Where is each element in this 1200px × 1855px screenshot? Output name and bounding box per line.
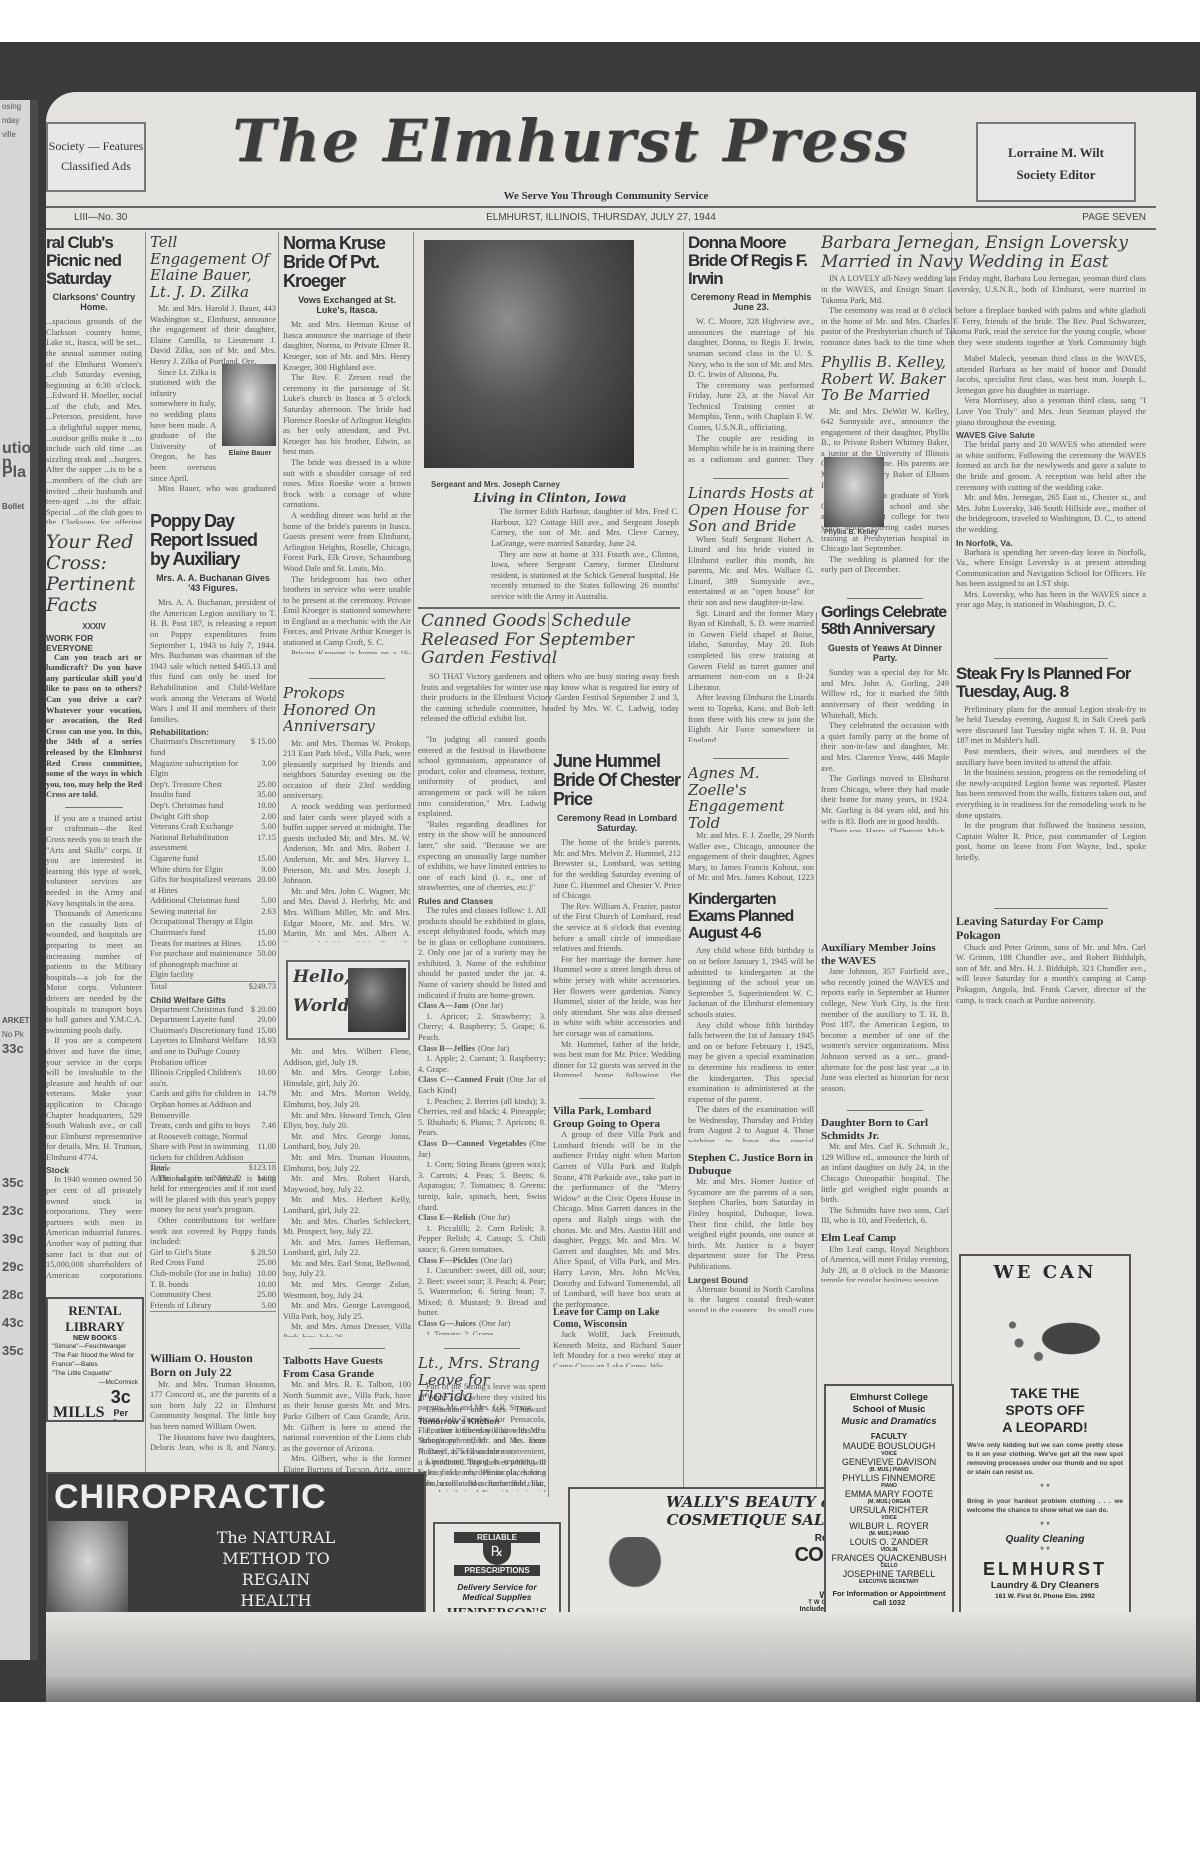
badge-top: RELIABLE <box>454 1532 540 1543</box>
class-items: 1. Tomato; 2. Grape. <box>418 1330 546 1335</box>
rx-icon: ℞ <box>483 1543 511 1565</box>
faculty-name: WILBUR L. ROYER <box>826 1521 952 1531</box>
birth-item: Mr. and Mrs. James Heffernan, Lombard, g… <box>283 1238 411 1259</box>
ledger-item: Department Layette fund <box>150 1015 234 1026</box>
birth-item: Mr. and Mrs. Truman Houston, Elmhurst, b… <box>283 1153 411 1174</box>
article-tomorrows-kitchen: Part of the Strang's leave was spent in … <box>418 1382 546 1492</box>
birth-item: Mr. and Mrs. Robert Harsh, Maywood, boy,… <box>283 1174 411 1195</box>
article-body: Mr. and Mrs. Thomas W. Prokop, 213 East … <box>283 739 411 943</box>
ledger-item: Community Chest <box>150 1290 211 1301</box>
article-camp-como: Leave for Camp on Lake Como, Wisconsin J… <box>553 1307 681 1367</box>
ledger-row: Treats for marines at Hines15.00 <box>150 939 276 950</box>
series-numeral: XXXIV <box>46 622 142 631</box>
headline: Your Red Cross: Pertinent Facts <box>46 532 142 616</box>
ledger-row: Gifts for hospitalized veterans at Hines… <box>150 875 276 896</box>
ledger-amount: 18.93 <box>253 1036 276 1068</box>
masthead-rule <box>46 206 1156 208</box>
ad-sub: NEW BOOKS <box>48 1335 142 1342</box>
article-waves-member: Auxiliary Member Joins the WAVES Jane Jo… <box>821 942 949 1092</box>
rental-period: Per Day <box>105 1408 137 1422</box>
ad-top: WE CAN <box>961 1262 1129 1283</box>
ledger-item: Cards and gifts for children in Orphan h… <box>150 1089 253 1121</box>
article-poppy-continued: Total$123.18 The balance of $92.22 is be… <box>150 1162 276 1312</box>
photo-caption: Elaine Bauer <box>222 450 278 457</box>
divider <box>309 1348 386 1349</box>
ledger-row: Department Christmas fund$ 20.00 <box>150 1005 276 1016</box>
woman-portrait-illustration <box>590 1537 680 1617</box>
ledger-row: Girl to Girl's State$ 28.50 <box>150 1248 276 1259</box>
leopard-cartoon-illustration <box>980 1289 1110 1379</box>
article-body: Barbara is spending her seven-day leave … <box>956 548 1146 612</box>
store-name: MILLS <box>53 1404 105 1422</box>
headline: June Hummel Bride Of Chester Price <box>553 752 681 809</box>
ledger-amount: 35.00 <box>253 790 276 801</box>
ad-headline: TAKE THE SPOTS OFF A LEOPARD! <box>961 1385 1129 1436</box>
article-elm-leaf-camp: Elm Leaf Camp Elm Leaf camp, Royal Neigh… <box>821 1232 949 1282</box>
headline: Canned Goods Schedule Released For Septe… <box>421 612 679 668</box>
ledger-row: National Rehabilitation assessment17.15 <box>150 833 276 854</box>
facing-page-fragment: nday <box>0 114 30 128</box>
birth-item: Mr. and Mrs. George Lobie, Hinsdale, gir… <box>283 1068 411 1089</box>
headline: Steak Fry Is Planned For Tuesday, Aug. 8 <box>956 665 1146 701</box>
birth-item: Mr. and Mrs. Wilbert Flene, Addison, gir… <box>283 1047 411 1068</box>
ledger-row: Chairman's Discretionary fund15.00 <box>150 1026 276 1037</box>
article-kindergarten-exams: Kindergarten Exams Planned August 4-6 An… <box>688 892 814 1142</box>
column-rule <box>548 612 549 1497</box>
subhead: Stock <box>46 1165 142 1175</box>
article-body: Any child whose fifth birthday is on or … <box>688 946 814 1142</box>
column-rule <box>145 232 146 1497</box>
ledger-item: Club-mobile (for use in India) <box>150 1269 251 1280</box>
deck: Clarksons' Country Home. <box>46 292 142 314</box>
birth-item: Mr. and Mrs. George Lavengood, Villa Par… <box>283 1301 411 1322</box>
class-items: 1. Apple; 2. Currant; 3. Raspberry; 4. G… <box>418 1054 546 1075</box>
ledger-amount: 25.00 <box>253 1290 276 1301</box>
column-rule <box>683 232 684 1497</box>
divider <box>713 478 789 479</box>
faculty-name: FRANCES QUACKENBUSH <box>826 1553 952 1563</box>
headline: William O. Houston Born on July 22 <box>150 1352 276 1380</box>
ledger-row: Sewing material for Occupational Therapy… <box>150 907 276 928</box>
headline: Stephen C. Justice Born in Dubuque <box>688 1152 814 1177</box>
divider <box>994 658 1108 659</box>
ledger-row: T. B. bonds10.00 <box>150 1280 276 1291</box>
article-talbotts-guests: Talbotts Have Guests From Casa Grande Mr… <box>283 1342 411 1492</box>
ad-elmhurst-college-music: Elmhurst College School of Music Music a… <box>824 1384 954 1644</box>
column-rule <box>278 232 279 1497</box>
article-body: Mr. and Mrs. Homer Justice of Sycamore a… <box>688 1177 814 1272</box>
article-jernegan-continued: Mabel Maleck, yeoman third class in the … <box>956 354 1146 644</box>
article-body: Preliminary plans for the annual Legion … <box>956 705 1146 864</box>
ledger-total-label: Total <box>150 1163 167 1174</box>
ledger-item: Additional Christmas fund <box>150 896 239 907</box>
article-body: Mrs. A. A. Buchanan, president of the Am… <box>150 598 276 725</box>
ledger-amount: 25.00 <box>253 1258 276 1269</box>
divider <box>65 807 123 808</box>
faculty-role: EXECUTIVE SECRETARY <box>826 1579 952 1585</box>
ear-box-left: Society — Features Classified Ads <box>46 122 146 192</box>
ledger-item: Friends of Library <box>150 1301 211 1312</box>
facing-page-fragment: ARKET <box>0 1014 30 1028</box>
class-items: 1. Cucumber: sweet, dill oil, sour; 2. B… <box>418 1266 546 1319</box>
ledger-item: T. B. bonds <box>150 1280 188 1291</box>
ad-rental-library: RENTAL LIBRARY NEW BOOKS "Simone"—Feucht… <box>46 1297 144 1422</box>
ad-contact-left: Blanche Phone Elmhurst 55 <box>578 1617 650 1637</box>
article-body: ...spacious grounds of the Clarkson coun… <box>46 317 142 524</box>
headline: Barbara Jernegan, Ensign Loversky Marrie… <box>821 234 1146 271</box>
headline: Tell Engagement Of Elaine Bauer, Lt. J. … <box>150 234 276 300</box>
photo-phyllis-kelley <box>824 457 884 527</box>
birth-item: Mr. and Mrs. Herbert Kelly, Lombard, gir… <box>283 1195 411 1216</box>
faculty-name: URSULA RICHTER <box>826 1505 952 1515</box>
birth-item: Mr. and Mrs. Amos Dresser, Villa Park, b… <box>283 1322 411 1337</box>
ledger-item: Cigarette fund <box>150 854 198 865</box>
faculty-name: LOUIS O. ZANDER <box>826 1537 952 1547</box>
store-name: ELMHURST <box>961 1559 1129 1580</box>
ledger-amount: 10.00 <box>253 1269 276 1280</box>
headline: Kindergarten Exams Planned August 4-6 <box>688 892 814 942</box>
class-items: 1. Corn; String Beans (green wax); 3. Ca… <box>418 1160 546 1213</box>
store-small-print: PHONE 818 · J. HENDERSON, R.PH.G. · 131 … <box>435 1628 559 1638</box>
article-jernegan-wedding-head: Barbara Jernegan, Ensign Loversky Marrie… <box>821 234 1146 349</box>
article-canned-goods-body: "In judging all canned goods entered at … <box>418 735 546 1335</box>
ledger-amount: 17.15 <box>253 833 276 854</box>
star-divider: * * <box>961 1482 1129 1492</box>
headline: ral Club's Picnic ned Saturday <box>46 234 142 288</box>
scan-margin-top <box>0 0 1200 42</box>
article-kruse-wedding: Norma Kruse Bride Of Pvt. Kroeger Vows E… <box>283 234 411 654</box>
ledger-row: Friends of Library5.00 <box>150 1301 276 1312</box>
divider <box>309 678 386 679</box>
article-villa-park-opera: Villa Park, Lombard Group Going to Opera… <box>553 1092 681 1312</box>
ledger-amount: 20.00 <box>253 1015 276 1026</box>
ledger-item: Illinois Crippled Children's ass'n. <box>150 1068 253 1089</box>
article-body: Mr. and Mrs. F. J. Zoelle, 29 North Wall… <box>688 831 814 882</box>
headline: Agnes M. Zoelle's Engagement Told <box>688 765 814 831</box>
ledger-total-value: $123.18 <box>249 1163 276 1174</box>
article-moore-wedding: Donna Moore Bride Of Regis F. Irwin Cere… <box>688 234 814 464</box>
ledger-item: For purchase and maintenance of phonogra… <box>150 949 253 981</box>
ledger-row: Illinois Crippled Children's ass'n.10.00 <box>150 1068 276 1089</box>
facing-page-fragment: osing <box>0 100 30 114</box>
ledger-row: Department Layette fund20.00 <box>150 1015 276 1026</box>
article-body: Elm Leaf camp, Royal Neighbors of Americ… <box>821 1245 949 1282</box>
ledger-row: Dep't. Treasure Chest25.00 <box>150 780 276 791</box>
ad-doctor: DR. P. R. CLARK, Chiropractor <box>48 1634 424 1642</box>
ledger-item: Chairman's fund <box>150 928 205 939</box>
badge-bottom: PRESCRIPTIONS <box>454 1565 540 1576</box>
ledger-row: Layettes to Elmhurst Welfare and one to … <box>150 1036 276 1068</box>
ad-title: RENTAL LIBRARY <box>48 1303 142 1335</box>
ledger-row: Chairman's Discretionary fund$ 15.00 <box>150 737 276 758</box>
ledger-amount: 15.00 <box>253 1026 276 1037</box>
ad-elmhurst-cleaners: WE CAN TAKE THE SPOTS OFF A LEOPARD! We'… <box>959 1254 1131 1644</box>
ledger-amount: 3.00 <box>257 759 276 780</box>
ledger-item: Insulin fund <box>150 790 191 801</box>
article-gorlings-anniversary: Gorlings Celebrate 58th Anniversary Gues… <box>821 592 949 832</box>
ledger-row: Red Cross Fund25.00 <box>150 1258 276 1269</box>
ad-body: Bring in your hardest problem clothing .… <box>961 1492 1129 1520</box>
subhead: Tomorrow's Kitchen <box>418 1416 546 1426</box>
nameplate: The Elmhurst Press <box>191 107 951 175</box>
column-rule <box>816 612 817 1497</box>
article-floral-club: ral Club's Picnic ned Saturday Clarksons… <box>46 234 142 524</box>
facing-page-fragment: No Pk <box>0 1028 30 1042</box>
ledger-item: Magazine subscription for Elgin <box>150 759 257 780</box>
article-prokops-anniversary: Prokops Honored On Anniversary Mr. and M… <box>283 672 411 942</box>
ledger-row: Magazine subscription for Elgin3.00 <box>150 759 276 780</box>
ledger-row: White shirts for Elgin9.00 <box>150 865 276 876</box>
birth-item: Mr. and Mrs. Charles Schleckert, Mt. Pro… <box>283 1217 411 1238</box>
article-body: Since Lt. Zilka is stationed with the in… <box>150 368 216 485</box>
article-body: Can you teach art or handicraft? Do you … <box>46 653 142 801</box>
photo-caption: Sergeant and Mrs. Joseph Carney <box>431 480 560 489</box>
facing-page-fragment: 39c <box>0 1232 30 1246</box>
ad-contact-right: Esther 103 East First St. <box>876 1617 940 1637</box>
headline: Norma Kruse Bride Of Pvt. Kroeger <box>283 234 411 291</box>
article-houston-birth: William O. Houston Born on July 22 Mr. a… <box>150 1352 276 1452</box>
ledger-item: Sewing material for Occupational Therapy… <box>150 907 257 928</box>
ledger-item: Dep't. Treasure Chest <box>150 780 222 791</box>
faculty-list: MAUDE BOUSLOUGHVOICEGENEVIEVE DAVISON(B.… <box>826 1441 952 1585</box>
dateline: ELMHURST, ILLINOIS, THURSDAY, JULY 27, 1… <box>46 212 1156 223</box>
article-body: Jane Johnson, 357 Fairfield ave., who re… <box>821 967 949 1092</box>
editor-name: Lorraine M. Wilt <box>978 142 1134 164</box>
facing-page-fragment: 28c <box>0 1288 30 1302</box>
ledger-item: Chairman's Discretionary fund <box>150 1026 253 1037</box>
class-items: 1. Peaches; 2. Berries (all kinds); 3. C… <box>418 1097 546 1139</box>
facing-page-fragment: n Pla <box>0 456 30 480</box>
article-body: Sunday was a special day for Mr. and Mrs… <box>821 668 949 832</box>
dateline-bar: LIII—No. 30 ELMHURST, ILLINOIS, THURSDAY… <box>46 210 1156 226</box>
ad-footer: For Information or Appointment Call 1032 <box>826 1589 952 1607</box>
ad-slogan: The NATURAL METHOD TO REGAIN HEALTH <box>128 1521 424 1621</box>
faculty-name: JOSEPHINE TARBELL <box>826 1569 952 1579</box>
article-carney: Living in Clinton, Iowa The former Edith… <box>421 492 679 602</box>
faculty-name: PHYLLIS FINNEMORE <box>826 1473 952 1483</box>
headline: Talbotts Have Guests From Casa Grande <box>283 1355 411 1380</box>
class-heading: Class A—Jam(One Jar) <box>418 1001 546 1012</box>
ledger-amount: 5.00 <box>257 1301 276 1312</box>
headline: Auxiliary Member Joins the WAVES <box>821 942 949 967</box>
ad-line: Delivery Service for <box>435 1582 559 1592</box>
article-body: Miss Bauer, who was graduated from York … <box>150 484 276 494</box>
star-divider: * * <box>961 1520 1129 1530</box>
article-body: Mr. and Mrs. Carl K. Schmidt Jr., 129 Wi… <box>821 1142 949 1224</box>
headline: Gorlings Celebrate 58th Anniversary <box>821 605 949 639</box>
article-body: When Staff Sergeant Robert A. Linard and… <box>688 535 814 743</box>
ledger-item: Red Cross Fund <box>150 1258 204 1269</box>
facing-page-fragment: 43c <box>0 1316 30 1330</box>
ledger-total-value: $249.73 <box>249 982 276 993</box>
article-body: IN A LOVELY all-Navy wedding last Friday… <box>821 274 1146 349</box>
ledger-item: Gifts for hospitalized veterans at Hines <box>150 875 253 896</box>
subhead: In Norfolk, Va. <box>956 538 1146 548</box>
ledger-row: Chairman's fund15.00 <box>150 928 276 939</box>
store-sub: DRUG STORE <box>445 1622 549 1628</box>
page-number: PAGE SEVEN <box>1082 212 1146 223</box>
ad-quality: Quality Cleaning <box>961 1534 1129 1545</box>
ledger-row: For purchase and maintenance of phonogra… <box>150 949 276 981</box>
article-body: In 1940 women owned 50 per cent of all p… <box>46 1175 142 1282</box>
article-body: The balance of $92.22 is being held for … <box>150 1174 276 1248</box>
section-rule <box>418 607 680 609</box>
ledger-amount: $ 15.00 <box>247 737 276 758</box>
facing-page-strip: osing nday ville ution n Pla Bollet ARKE… <box>0 100 38 1660</box>
store-address: 161 W. First St. Phone Elm. 2992 <box>961 1593 1129 1600</box>
exhibit-classes: Class A—Jam(One Jar)1. Apricot; 2. Straw… <box>418 1001 546 1335</box>
ledger-amount: 2.00 <box>257 812 276 823</box>
ledger-item: National Rehabilitation assessment <box>150 833 253 854</box>
ad-title: Elmhurst College School of Music Music a… <box>826 1392 952 1428</box>
class-heading: Class C—Canned Fruit(One Jar of Each Kin… <box>418 1075 546 1096</box>
headline: Prokops Honored On Anniversary <box>283 685 411 735</box>
article-body: Part of the Strang's leave was spent in … <box>418 1382 546 1414</box>
ledger-amount: 10.00 <box>253 801 276 812</box>
divider <box>847 598 924 599</box>
article-schmidts-birth: Daughter Born to Carl Schmidts Jr. Mr. a… <box>821 1104 949 1224</box>
ad-address-row: North York StreetElmhurst, Ill. <box>48 1621 424 1634</box>
divider <box>579 1098 656 1099</box>
rental-price: 3c <box>105 1387 137 1408</box>
ledger-amount: 20.00 <box>253 875 276 896</box>
ledger-child-welfare: Department Christmas fund$ 20.00Departme… <box>150 1005 276 1185</box>
ear-line: Classified Ads <box>48 156 144 176</box>
ledger-item: Department Christmas fund <box>150 1005 243 1016</box>
ledger-row: Veterans Craft Exchange5.00 <box>150 822 276 833</box>
article-body: The bridal party and 20 WAVES who attend… <box>956 440 1146 535</box>
article-body: W. C. Moore, 328 Highview ave., announce… <box>688 317 814 464</box>
class-heading: Class D—Canned Vegetables(One Jar) <box>418 1139 546 1160</box>
headline: Leave for Camp on Lake Como, Wisconsin <box>553 1307 681 1330</box>
ledger-amount: 9.00 <box>257 865 276 876</box>
ledger-item: Dwight Gift shop <box>150 812 209 823</box>
store-name: HENDERSON'S <box>435 1606 559 1622</box>
ledger-row: Insulin fund35.00 <box>150 790 276 801</box>
headline: Leaving Saturday For Camp Pokagon <box>956 915 1146 943</box>
ledger-amount: 14.79 <box>253 1089 276 1121</box>
ledger-amount: 10.00 <box>253 1280 276 1291</box>
column-rule <box>413 232 414 1497</box>
ledger-amount: 5.00 <box>257 822 276 833</box>
article-body: Mr. and Mrs. Truman Houston, 177 Concord… <box>150 1380 276 1452</box>
globe-illustration <box>348 968 406 1032</box>
article-body: Alternate bound in North Carolina is the… <box>688 1285 814 1312</box>
faculty-name: EMMA MARY FOOTE <box>826 1489 952 1499</box>
headline: Linards Hosts at Open House for Son and … <box>688 485 814 535</box>
article-body: Mabel Maleck, yeoman third class in the … <box>956 354 1146 428</box>
ledger-item: Dep't. Christmas fund <box>150 801 223 812</box>
headline: Donna Moore Bride Of Regis F. Irwin <box>688 234 814 288</box>
ad-hendersons-drug: RELIABLE ℞ PRESCRIPTIONS Delivery Servic… <box>433 1522 561 1647</box>
chiropractor-illustration <box>48 1521 128 1621</box>
birth-item: Mr. and Mrs. George Zolan, Westmont, boy… <box>283 1280 411 1301</box>
store-sub: Laundry & Dry Cleaners <box>961 1580 1129 1591</box>
subhead: Largest Bound <box>688 1275 814 1285</box>
facing-page-fragment: 33c <box>0 1042 30 1056</box>
ledger-rehabilitation: Chairman's Discretionary fund$ 15.00Maga… <box>150 737 276 981</box>
facing-page-fragment: ville <box>0 128 30 142</box>
ad-title: CHIROPRACTIC <box>48 1474 424 1521</box>
birth-item: Mr. and Mrs. Morton Weldy, Elmhurst, boy… <box>283 1089 411 1110</box>
ledger-amount: $ 28.50 <box>247 1248 276 1259</box>
article-body: A group of their Villa Park and Lombard … <box>553 1130 681 1310</box>
facing-page-fragment: 35c <box>0 1344 30 1358</box>
subhead: WORK FOR EVERYONE <box>46 633 142 653</box>
ledger-row: Dep't. Christmas fund10.00 <box>150 801 276 812</box>
headline: Elm Leaf Camp <box>821 1232 949 1245</box>
divider <box>713 758 789 759</box>
photo-caption: Phyllis B. Kelley <box>824 529 878 536</box>
headline: Villa Park, Lombard Group Going to Opera <box>553 1105 681 1130</box>
class-items: 1. Apricot; 2. Strawberry; 3. Cherry; 4.… <box>418 1012 546 1044</box>
ledger-amount: 15.00 <box>253 928 276 939</box>
deck: Ceremony Read in Memphis June 23. <box>688 292 814 314</box>
photo-elaine-bauer <box>222 364 276 446</box>
ledger-amount: 25.00 <box>253 780 276 791</box>
ear-line: Society — Features <box>48 136 144 156</box>
birth-item: Mr. and Mrs. Earl Stout, Bellwood, boy, … <box>283 1259 411 1280</box>
ledger-item: Treats for marines at Hines <box>150 939 241 950</box>
ledger-amount: 10.00 <box>253 1068 276 1089</box>
ledger-row: Treats, cards and gifts to boys at Roose… <box>150 1121 276 1142</box>
column-rule <box>951 232 952 1497</box>
ledger-item: Layettes to Elmhurst Welfare and one to … <box>150 1036 253 1068</box>
ledger-title: Rehabilitation: <box>150 727 276 737</box>
masthead-rule <box>46 228 1156 230</box>
class-heading: Class G—Juices(One Jar) <box>418 1319 546 1330</box>
divider <box>994 908 1108 909</box>
motto: We Serve You Through Community Service <box>346 190 866 202</box>
star-divider: * * <box>961 1545 1129 1555</box>
article-body: Mr. and Mrs. Herman Kruse of Itasca anno… <box>283 320 411 654</box>
ledger-amount: 2.63 <box>257 907 276 928</box>
ledger-row: Cards and gifts for children in Orphan h… <box>150 1089 276 1121</box>
divider <box>444 1348 521 1349</box>
article-body: Chuck and Peter Grimm, sons of Mr. and M… <box>956 943 1146 1007</box>
newspaper-page: Society — Features Classified Ads The El… <box>46 92 1196 1702</box>
ledger-row: Club-mobile (for use in India)10.00 <box>150 1269 276 1280</box>
article-body: Jack Wolff, Jack Freimuth, Kenneth Meitz… <box>553 1330 681 1367</box>
book-list: "Simone"—Feuchtwanger "The Fair Stood th… <box>48 1342 142 1387</box>
facing-page-fragment: 35c <box>0 1176 30 1190</box>
article-justice-birth: Stephen C. Justice Born in Dubuque Mr. a… <box>688 1152 814 1312</box>
ledger-item: White shirts for Elgin <box>150 865 223 876</box>
subhead: WAVES Give Salute <box>956 430 1146 440</box>
ledger-item: Treats, cards and gifts to boys at Roose… <box>150 1121 257 1142</box>
faculty-name: GENEVIEVE DAVISON <box>826 1457 952 1467</box>
class-heading: Class F—Pickles(One Jar) <box>418 1256 546 1267</box>
deck: Vows Exchanged at St. Luke's, Itasca. <box>283 295 411 317</box>
faculty-name: MAUDE BOUSLOUGH <box>826 1441 952 1451</box>
ledger-item: Chairman's Discretionary fund <box>150 737 247 758</box>
hello-world-box: Hello, World! <box>286 960 410 1040</box>
article-canned-goods-lede: SO THAT Victory gardeners and others who… <box>421 672 679 732</box>
article-hummel-wedding: June Hummel Bride Of Chester Price Cerem… <box>553 752 681 1077</box>
article-body: The home of the bride's parents, Mr. and… <box>553 838 681 1077</box>
ad-chiropractic: CHIROPRACTIC The NATURAL METHOD TO REGAI… <box>46 1472 426 1642</box>
facing-page-fragment: 29c <box>0 1260 30 1274</box>
ledger-amount: 5.00 <box>257 896 276 907</box>
article-body: Postwar kitchens will have less of a "la… <box>418 1426 546 1492</box>
ear-box-right: Lorraine M. Wilt Society Editor <box>976 122 1136 202</box>
ledger-amount: 50.00 <box>253 949 276 981</box>
ledger-other: Girl to Girl's State$ 28.50Red Cross Fun… <box>150 1248 276 1312</box>
class-heading: Class B—Jellies(One Jar) <box>418 1044 546 1055</box>
ledger-row: Additional Christmas fund5.00 <box>150 896 276 907</box>
headline: Poppy Day Report Issued by Auxiliary <box>150 512 276 569</box>
ledger-total-label: Total <box>150 982 167 993</box>
